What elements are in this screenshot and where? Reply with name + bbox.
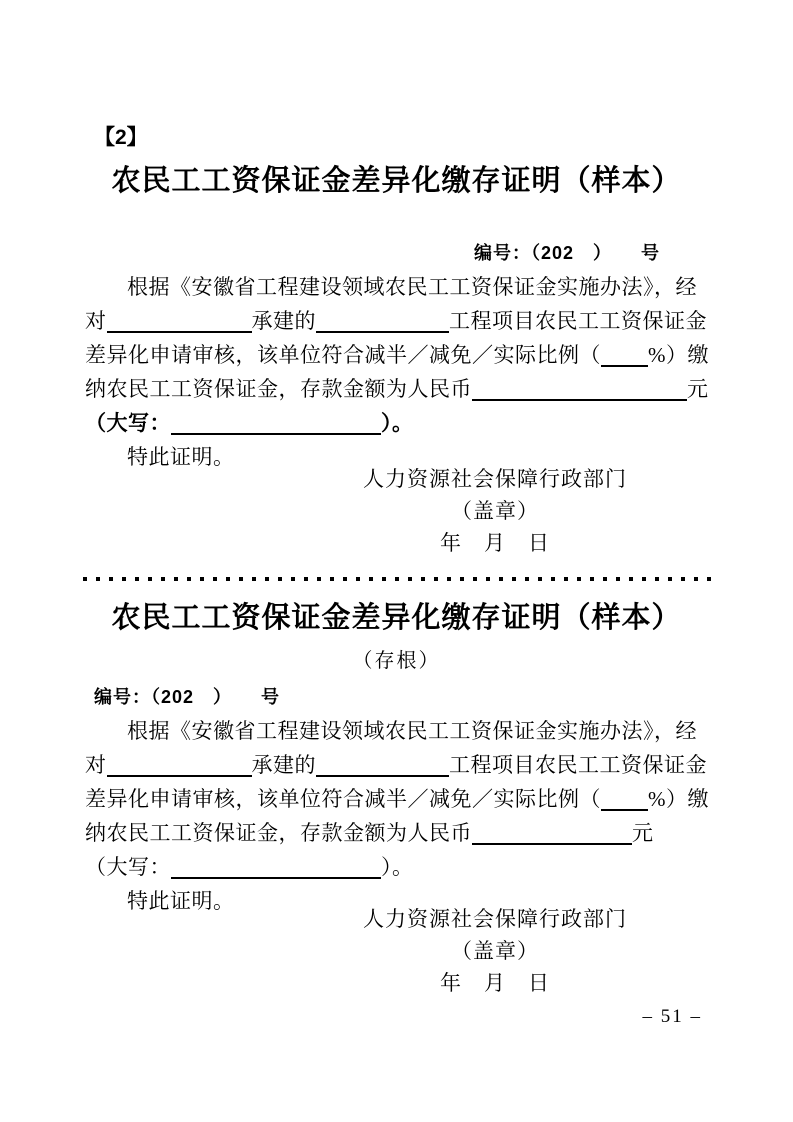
body-line: （大写：）。: [85, 406, 717, 440]
blank-field-contractor: [107, 307, 252, 333]
body-text: 元: [632, 821, 654, 845]
blank-field-amount-words: [171, 853, 381, 879]
body-line: 对承建的工程项目农民工工资保证金: [85, 304, 717, 338]
body-text: 承建的: [252, 753, 317, 777]
cert-body-stub: 根据《安徽省工程建设领域农民工工资保证金实施办法》，经 对承建的工程项目农民工工…: [85, 714, 717, 918]
cert-body-main: 根据《安徽省工程建设领域农民工工资保证金实施办法》，经 对承建的工程项目农民工工…: [85, 270, 717, 474]
serial-number-stub: 编号：（202 ） 号: [94, 683, 280, 709]
body-text: 差异化申请审核，该单位符合减半／减免／实际比例（: [85, 787, 601, 811]
body-text: 承建的: [252, 309, 317, 333]
body-text: 对: [85, 753, 107, 777]
body-line: 纳农民工工资保证金，存款金额为人民币元: [85, 816, 717, 850]
body-text: ）。: [381, 855, 414, 879]
blank-field-project: [316, 307, 449, 333]
body-line: 差异化申请审核，该单位符合减半／减免／实际比例（%）缴: [85, 782, 717, 816]
body-line: 根据《安徽省工程建设领域农民工工资保证金实施办法》，经: [85, 714, 717, 748]
body-text: 对: [85, 309, 107, 333]
dotted-divider: [83, 577, 713, 581]
body-text: %）缴: [648, 787, 709, 811]
blank-field-percentage: [601, 341, 648, 367]
cert-title-stub: 农民工工资保证金差异化缴存证明（样本）: [0, 595, 793, 636]
body-text: 元: [687, 377, 709, 401]
blank-field-amount: [472, 819, 632, 845]
blank-field-contractor: [107, 751, 252, 777]
page-number: – 51 –: [643, 1006, 703, 1028]
signature-org: 人力资源社会保障行政部门: [360, 903, 630, 935]
signature-block-stub: 人力资源社会保障行政部门 （盖章） 年 月 日: [360, 903, 630, 999]
body-text: 纳农民工工资保证金，存款金额为人民币: [85, 821, 472, 845]
body-line: 纳农民工工资保证金，存款金额为人民币元: [85, 372, 717, 406]
body-line: （大写：）。: [85, 850, 717, 884]
body-text: 工程项目农民工工资保证金: [449, 309, 707, 333]
date-line: 年 月 日: [360, 527, 630, 559]
cert-title-main: 农民工工资保证金差异化缴存证明（样本）: [0, 158, 793, 199]
section-tag: 【2】: [94, 121, 148, 151]
signature-block-main: 人力资源社会保障行政部门 （盖章） 年 月 日: [360, 463, 630, 559]
blank-field-amount: [472, 375, 687, 401]
date-line: 年 月 日: [360, 967, 630, 999]
body-line: 对承建的工程项目农民工工资保证金: [85, 748, 717, 782]
body-line: 根据《安徽省工程建设领域农民工工资保证金实施办法》，经: [85, 270, 717, 304]
body-text: ）。: [381, 411, 414, 435]
seal-line: （盖章）: [360, 935, 630, 967]
body-text: （大写：: [85, 855, 171, 879]
document-page: 【2】 农民工工资保证金差异化缴存证明（样本） 编号：（202 ） 号 根据《安…: [0, 0, 793, 1122]
body-text: 工程项目农民工工资保证金: [449, 753, 707, 777]
body-text: %）缴: [648, 343, 709, 367]
body-text: 差异化申请审核，该单位符合减半／减免／实际比例（: [85, 343, 601, 367]
blank-field-project: [316, 751, 449, 777]
serial-number-main: 编号：（202 ） 号: [474, 239, 660, 265]
body-text: （大写：: [85, 411, 171, 435]
blank-field-percentage: [601, 785, 648, 811]
body-line: 差异化申请审核，该单位符合减半／减免／实际比例（%）缴: [85, 338, 717, 372]
body-text: 纳农民工工资保证金，存款金额为人民币: [85, 377, 472, 401]
seal-line: （盖章）: [360, 495, 630, 527]
signature-org: 人力资源社会保障行政部门: [360, 463, 630, 495]
blank-field-amount-words: [171, 409, 381, 435]
cert-subtitle-stub: （存根）: [0, 644, 793, 673]
